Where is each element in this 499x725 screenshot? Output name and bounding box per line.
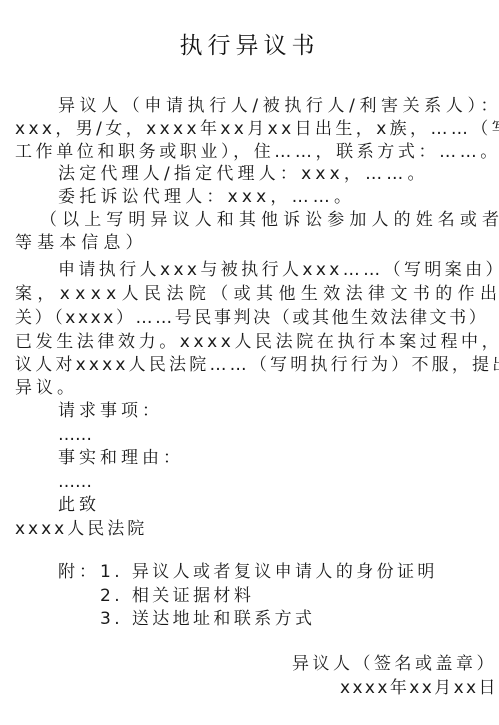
facts-content: ……: [58, 471, 92, 493]
date-line: xxxx年xx月xx日: [340, 677, 498, 699]
note-line: （以上写明异议人和其他诉讼参加人的姓名或者名称: [40, 209, 499, 231]
note-line-2: 等基本信息）: [15, 232, 148, 254]
signature-line: 异议人（签名或盖章）: [292, 653, 497, 675]
attachments-label: 附：: [58, 561, 100, 583]
attachment-item: 2. 相关证据材料: [100, 585, 254, 607]
body-line: 异议。: [15, 377, 78, 399]
attachment-item: 1. 异议人或者复议申请人的身份证明: [100, 561, 438, 583]
request-content: ……: [58, 424, 92, 446]
document-title: 执行异议书: [0, 30, 499, 62]
request-heading: 请求事项：: [58, 400, 163, 422]
attachment-item: 3. 送达地址和联系方式: [100, 608, 315, 630]
applicant-line: 异议人（申请执行人/被执行人/利害关系人）：: [58, 95, 499, 117]
body-line: 议人对xxxx人民法院……（写明执行行为）不服，提出: [15, 354, 499, 376]
body-line: 申请执行人xxx与被执行人xxx……（写明案由）一: [58, 259, 499, 281]
salutation: 此致: [58, 494, 100, 516]
applicant-details-line: xxx，男/女，xxxx年xx月xx日出生，x族，……（写明: [15, 118, 499, 140]
facts-heading: 事实和理由：: [58, 447, 184, 469]
body-line: 关）（xxxx）……号民事判决（或其他生效法律文书）: [15, 307, 488, 329]
agent-line: 委托诉讼代理人：xxx，……。: [58, 186, 355, 208]
court-name: xxxx人民法院: [15, 518, 147, 540]
legal-representative-line: 法定代理人/指定代理人：xxx，……。: [58, 163, 429, 185]
body-line: 案，xxxx人民法院（或其他生效法律文书的作出机: [15, 283, 499, 305]
applicant-details-line-2: 工作单位和职务或职业），住……，联系方式：……。: [15, 141, 499, 163]
body-line: 已发生法律效力。xxxx人民法院在执行本案过程中，异: [15, 331, 499, 353]
